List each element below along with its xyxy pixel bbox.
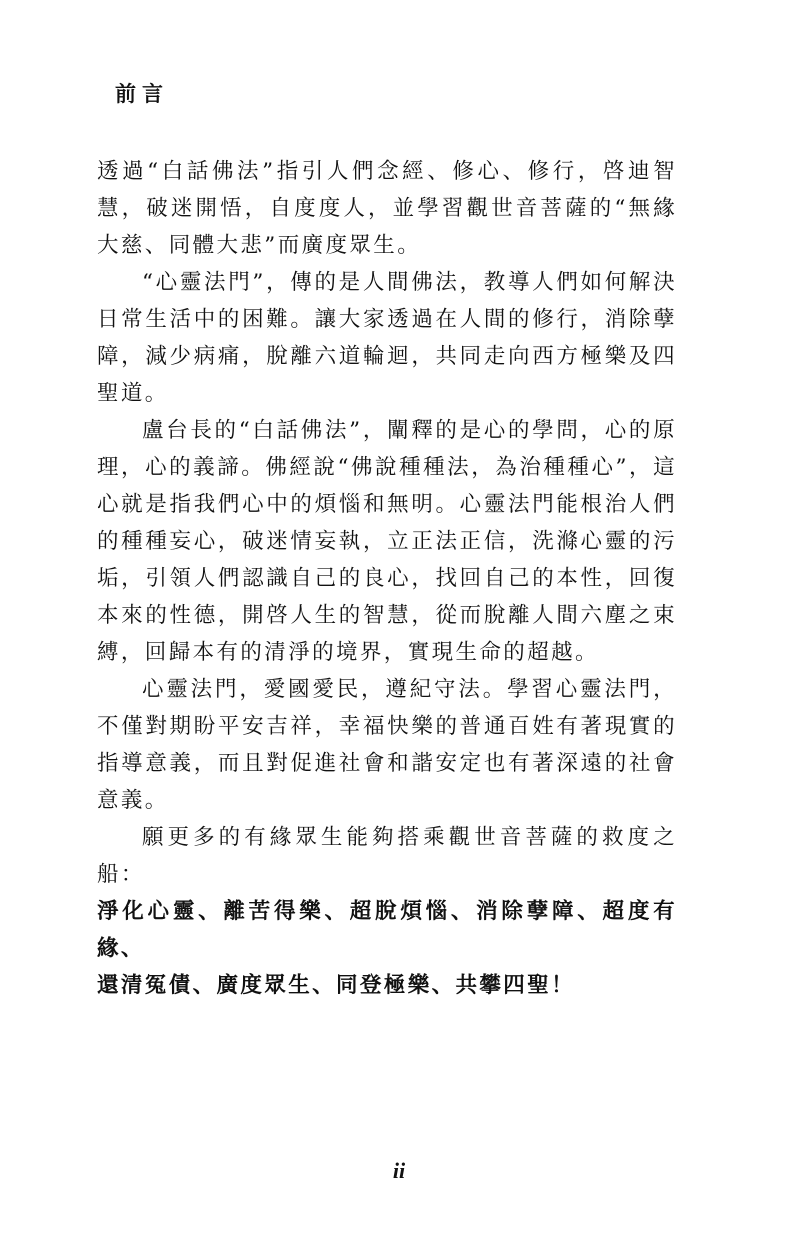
paragraph-5: 願更多的有緣眾生能夠搭乘觀世音菩薩的救度之船： [97, 819, 677, 893]
preface-body: 透過“白話佛法”指引人們念經、修心、修行，啓迪智慧，破迷開悟，自度度人，並學習觀… [97, 153, 677, 1004]
paragraph-2: “心靈法門”，傳的是人間佛法，教導人們如何解決日常生活中的困難。讓大家透過在人間… [97, 264, 677, 412]
paragraph-3: 盧台長的“白話佛法”，闡釋的是心的學問，心的原理，心的義諦。佛經說“佛說種種法，… [97, 412, 677, 671]
section-heading: 前言 [115, 78, 169, 108]
paragraph-4: 心靈法門，愛國愛民，遵紀守法。學習心靈法門，不僅對期盼平安吉祥，幸福快樂的普通百… [97, 671, 677, 819]
page-number: ii [0, 1158, 798, 1184]
bold-motto-line-2: 還清冤債、廣度眾生、同登極樂、共攀四聖！ [97, 967, 677, 1004]
bold-motto-line-1: 淨化心靈、離苦得樂、超脫煩惱、消除孽障、超度有緣、 [97, 893, 677, 967]
paragraph-1: 透過“白話佛法”指引人們念經、修心、修行，啓迪智慧，破迷開悟，自度度人，並學習觀… [97, 153, 677, 264]
